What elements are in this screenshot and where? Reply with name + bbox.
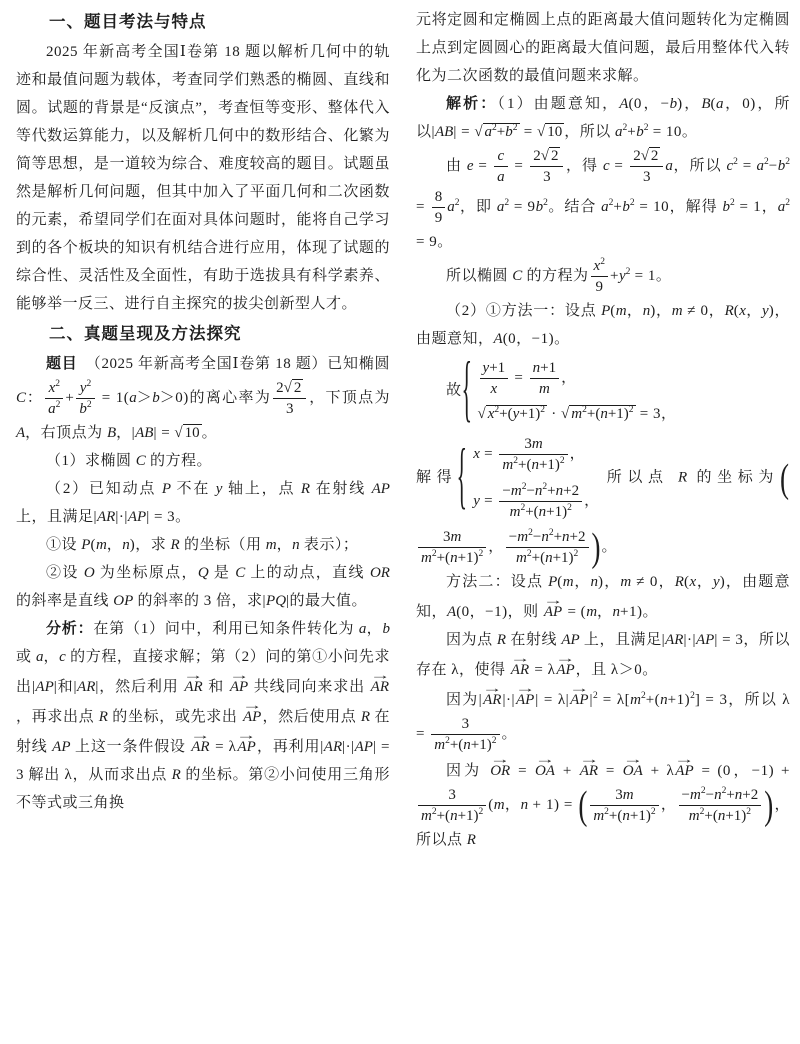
superscript: 2 bbox=[629, 405, 634, 415]
math-variable: m bbox=[502, 457, 513, 473]
math-variable: b bbox=[722, 199, 730, 215]
paragraph: 因为|→AR|·|→AP| = λ|→AP|2 = λ[m2+(n+1)2] =… bbox=[416, 684, 790, 755]
math-variable: OP bbox=[113, 593, 133, 609]
fraction-denominator: a bbox=[494, 167, 508, 186]
math-variable: C bbox=[136, 453, 146, 469]
vector-arrow: →AR bbox=[371, 671, 389, 696]
fraction-numerator: −m2−n2+n+2 bbox=[499, 482, 582, 502]
fraction-denominator: 9 bbox=[591, 277, 608, 296]
math-variable: AP bbox=[696, 632, 714, 648]
paragraph: 因为点 R 在射线 AP 上，且满足|AR|·|AP| = 3，所以存在 λ，使… bbox=[416, 626, 790, 684]
math-variable: A bbox=[494, 331, 503, 347]
math-variable: n bbox=[556, 483, 564, 499]
math-variable: a bbox=[129, 390, 137, 406]
math-variable: a bbox=[716, 96, 724, 112]
vector-arrow-icon: → bbox=[616, 755, 650, 764]
fraction: 3mm2+(n+1)2 bbox=[499, 435, 567, 474]
superscript: 2 bbox=[560, 456, 565, 466]
math-variable: m bbox=[620, 574, 631, 590]
vector-arrow-icon: → bbox=[483, 755, 517, 764]
math-variable: a bbox=[48, 401, 56, 417]
math-variable: B bbox=[107, 425, 116, 441]
math-variable: AB bbox=[135, 425, 153, 441]
vector-arrow: →AR bbox=[580, 755, 598, 780]
radicand: x2+(y+1)2 bbox=[486, 405, 547, 422]
vector-arrow-icon: → bbox=[510, 684, 541, 693]
math-variable: a bbox=[665, 158, 673, 174]
vector-arrow-icon: → bbox=[564, 684, 595, 693]
math-variable: AP bbox=[372, 481, 390, 497]
big-paren: ) bbox=[764, 784, 773, 826]
fraction-denominator: m2+(n+1)2 bbox=[679, 806, 762, 825]
math-variable: n bbox=[539, 504, 547, 520]
math-variable: n bbox=[591, 574, 599, 590]
vector-letters: OR bbox=[490, 764, 510, 780]
vector-arrow: →AP bbox=[570, 684, 588, 709]
math-variable: n bbox=[600, 406, 608, 422]
paragraph: 分析：在第（1）问中，利用已知条件转化为 a，b 或 a，c 的方程，直接求解；… bbox=[16, 615, 390, 817]
vector-arrow-icon: → bbox=[504, 654, 535, 663]
math-variable: m bbox=[266, 537, 277, 553]
superscript: 2 bbox=[492, 123, 497, 133]
radicand: 2 bbox=[549, 147, 561, 164]
math-variable: P bbox=[81, 537, 90, 553]
math-variable: m bbox=[494, 797, 505, 813]
math-variable: O bbox=[84, 565, 95, 581]
vector-arrow: →OA bbox=[623, 755, 643, 780]
math-variable: b bbox=[670, 96, 678, 112]
radicand: 10 bbox=[183, 424, 202, 441]
sqrt-radical: 10 bbox=[537, 123, 564, 140]
vector-arrow-icon: → bbox=[573, 755, 604, 764]
math-variable: m bbox=[421, 550, 432, 566]
math-variable: m bbox=[539, 381, 550, 397]
math-variable: a bbox=[36, 649, 44, 665]
sqrt-radical: 2 bbox=[641, 147, 661, 164]
math-variable: m bbox=[532, 436, 543, 452]
math-variable: e bbox=[467, 158, 474, 174]
superscript: 2 bbox=[582, 405, 587, 415]
fraction-denominator: m bbox=[530, 379, 559, 398]
math-variable: n bbox=[718, 808, 726, 824]
superscript: 2 bbox=[455, 198, 460, 208]
vector-arrow-icon: → bbox=[364, 671, 395, 680]
math-variable: R bbox=[361, 709, 370, 725]
math-variable: R bbox=[301, 481, 310, 497]
fraction: x2a2 bbox=[45, 379, 63, 418]
vector-arrow: →AP bbox=[544, 596, 562, 621]
sqrt-radical: 2 bbox=[284, 379, 304, 396]
superscript: 2 bbox=[520, 503, 525, 513]
math-variable: AP bbox=[128, 509, 146, 525]
math-variable: PQ bbox=[266, 593, 286, 609]
vector-arrow-icon: → bbox=[237, 701, 268, 710]
radicand: m2+(n+1)2 bbox=[569, 405, 635, 422]
math-variable: A bbox=[619, 96, 628, 112]
math-variable: n bbox=[714, 787, 722, 803]
fraction-denominator: 3 bbox=[273, 399, 306, 418]
vector-arrow: →AP bbox=[516, 684, 534, 709]
math-variable: y bbox=[513, 406, 520, 422]
math-variable: n bbox=[450, 550, 458, 566]
math-variable: b bbox=[636, 124, 644, 140]
fraction: −m2−n2+n+2m2+(n+1)2 bbox=[679, 786, 762, 825]
fraction-numerator: 3m bbox=[499, 435, 567, 455]
math-variable: AB bbox=[435, 124, 453, 140]
fraction-numerator: c bbox=[494, 147, 508, 167]
fraction-denominator: 9 bbox=[432, 208, 446, 227]
vector-letters: AP bbox=[237, 740, 255, 756]
superscript: 2 bbox=[609, 198, 614, 208]
superscript: 2 bbox=[543, 198, 548, 208]
vector-arrow: →AR bbox=[483, 684, 501, 709]
math-variable: m bbox=[672, 303, 683, 319]
superscript: 2 bbox=[542, 482, 547, 492]
superscript: 2 bbox=[644, 123, 649, 133]
vector-letters: AP bbox=[516, 693, 534, 709]
math-variable: y bbox=[216, 481, 223, 497]
fraction-numerator: y2 bbox=[76, 379, 94, 399]
math-variable: B bbox=[701, 96, 710, 112]
fraction-denominator: 3 bbox=[630, 167, 663, 186]
radicand: 2 bbox=[292, 379, 304, 396]
math-variable: c bbox=[498, 148, 505, 164]
sqrt-radical: x2+(y+1)2 bbox=[478, 405, 548, 422]
paragraph: ②设 O 为坐标原点，Q 是 C 上的动点，直线 OR 的斜率是直线 OP 的斜… bbox=[16, 559, 390, 615]
superscript: 2 bbox=[494, 405, 499, 415]
math-variable: b bbox=[152, 390, 160, 406]
radicand: a2+b2 bbox=[483, 123, 520, 140]
superscript: 2 bbox=[764, 157, 769, 167]
vector-letters: AP bbox=[230, 680, 248, 696]
superscript: 2 bbox=[479, 549, 484, 559]
superscript: 2 bbox=[574, 549, 579, 559]
vector-letters: AR bbox=[371, 680, 389, 696]
math-variable: P bbox=[162, 481, 171, 497]
math-variable: n bbox=[521, 797, 529, 813]
fraction: −m2−n2+n+2m2+(n+1)2 bbox=[499, 482, 582, 521]
superscript: 2 bbox=[445, 736, 450, 746]
fraction-numerator: n+1 bbox=[530, 359, 559, 379]
superscript: 2 bbox=[528, 528, 533, 538]
paragraph: 元将定圆和定椭圆上点的距离最大值问题转化为定椭圆上点到定圆圆心的距离最大值问题，… bbox=[416, 6, 790, 90]
math-variable: a bbox=[497, 169, 505, 185]
math-variable: b bbox=[382, 621, 390, 637]
fraction-numerator: −m2−n2+n+2 bbox=[506, 528, 589, 548]
superscript: 2 bbox=[432, 549, 437, 559]
superscript: 2 bbox=[626, 267, 631, 277]
vector-arrow-icon: → bbox=[537, 596, 568, 605]
math-variable: m bbox=[450, 529, 461, 545]
math-variable: n bbox=[463, 737, 471, 753]
math-variable: a bbox=[447, 199, 455, 215]
math-variable: x bbox=[689, 574, 696, 590]
math-variable: n bbox=[613, 604, 621, 620]
fraction-denominator: a2 bbox=[45, 399, 63, 418]
math-variable: y bbox=[473, 493, 480, 509]
fraction: 3mm2+(n+1)2 bbox=[590, 786, 658, 825]
vector-arrow: →AP bbox=[675, 755, 693, 780]
vector-letters: AP bbox=[570, 693, 588, 709]
vector-letters: OA bbox=[535, 764, 555, 780]
math-variable: n bbox=[541, 529, 549, 545]
math-variable: m bbox=[690, 787, 701, 803]
fraction-denominator: m2+(n+1)2 bbox=[506, 548, 589, 567]
vector-arrow: →AR bbox=[511, 654, 529, 679]
math-variable: a bbox=[485, 124, 493, 140]
superscript: 2 bbox=[549, 528, 554, 538]
fraction: 223 bbox=[630, 147, 663, 186]
math-variable: c bbox=[59, 649, 66, 665]
math-variable: AP bbox=[561, 632, 579, 648]
superscript: 2 bbox=[785, 157, 790, 167]
cases-brace-group: y+1x = n+1m，x2+(y+1)2 · m2+(n+1)2 = 3， bbox=[464, 355, 677, 427]
vector-letters: AR bbox=[511, 663, 529, 679]
math-variable: R bbox=[725, 303, 734, 319]
superscript: 2 bbox=[730, 198, 735, 208]
vector-arrow: →OA bbox=[535, 755, 555, 780]
fraction-numerator: 22 bbox=[530, 147, 563, 167]
fraction-numerator: y+1 bbox=[480, 359, 509, 379]
math-variable: m bbox=[510, 504, 521, 520]
math-variable: AR bbox=[324, 739, 342, 755]
math-variable: n bbox=[292, 537, 300, 553]
vector-arrow-icon: → bbox=[185, 731, 216, 740]
math-variable: a bbox=[601, 199, 609, 215]
math-variable: y bbox=[713, 574, 720, 590]
bold-label: 分析： bbox=[46, 620, 93, 637]
math-variable: x bbox=[491, 381, 498, 397]
fraction-denominator: b2 bbox=[76, 399, 94, 418]
math-variable: n bbox=[531, 457, 539, 473]
math-variable: AP bbox=[35, 679, 53, 695]
paragraph: ①设 P(m，n)，求 R 的坐标（用 m，n 表示）； bbox=[16, 531, 390, 559]
superscript: 2 bbox=[513, 456, 518, 466]
math-variable: AP bbox=[355, 739, 373, 755]
math-variable: x bbox=[739, 303, 746, 319]
vector-arrow-icon: → bbox=[669, 755, 700, 764]
fraction-numerator: x2 bbox=[45, 379, 63, 399]
fraction: 89 bbox=[432, 188, 446, 227]
superscript: 2 bbox=[651, 807, 656, 817]
superscript: 2 bbox=[522, 482, 527, 492]
fraction: y+1x bbox=[480, 359, 509, 398]
sqrt-radical: 10 bbox=[174, 424, 201, 441]
fraction-numerator: 3 bbox=[431, 715, 499, 735]
fraction-numerator: 3 bbox=[418, 786, 486, 806]
math-variable: y bbox=[483, 360, 490, 376]
math-variable: a bbox=[756, 158, 764, 174]
section-heading: 二、真题呈现及方法探究 bbox=[16, 318, 390, 350]
fraction-denominator: x bbox=[480, 379, 509, 398]
vector-arrow-icon: → bbox=[528, 755, 562, 764]
vector-arrow: →AP bbox=[556, 654, 574, 679]
math-variable: m bbox=[630, 692, 641, 708]
paragraph: （2）已知动点 P 不在 y 轴上，点 R 在射线 AP 上，且满足|AR|·|… bbox=[16, 475, 390, 531]
math-variable: m bbox=[571, 406, 582, 422]
vector-arrow: →AP bbox=[237, 731, 255, 756]
fraction-numerator: x2 bbox=[591, 257, 608, 277]
math-variable: b bbox=[622, 199, 630, 215]
column-right: 元将定圆和定椭圆上点的距离最大值问题转化为定椭圆上点到定圆圆心的距离最大值问题，… bbox=[416, 6, 790, 854]
vector-arrow-icon: → bbox=[223, 671, 254, 680]
math-variable: P bbox=[601, 303, 610, 319]
superscript: 2 bbox=[641, 691, 646, 701]
paragraph: （2）①方法一：设点 P(m，n)，m ≠ 0，R(x，y)，由题意知，A(0，… bbox=[416, 297, 790, 353]
paragraph: 所以椭圆 C 的方程为x29+y2 = 1。 bbox=[416, 256, 790, 297]
fraction: 223 bbox=[530, 147, 563, 186]
math-variable: y bbox=[619, 268, 626, 284]
big-paren: ( bbox=[780, 457, 789, 499]
fraction: 3m2+(n+1)2 bbox=[431, 715, 499, 754]
superscript: 2 bbox=[567, 503, 572, 513]
math-variable: m bbox=[434, 737, 445, 753]
fraction: ca bbox=[494, 147, 508, 186]
fraction-denominator: m2+(n+1)2 bbox=[418, 806, 486, 825]
math-variable: R bbox=[675, 574, 684, 590]
vector-letters: AR bbox=[580, 764, 598, 780]
fraction-denominator: m2+(n+1)2 bbox=[499, 455, 567, 474]
vector-letters: AR bbox=[191, 740, 209, 756]
cases-row: x = 3mm2+(n+1)2， bbox=[473, 431, 585, 478]
paragraph: （1）求椭圆 C 的方程。 bbox=[16, 447, 390, 475]
vector-letters: OA bbox=[623, 764, 643, 780]
math-variable: A bbox=[447, 604, 456, 620]
vector-arrow: →OR bbox=[490, 755, 510, 780]
cases-brace-group: x = 3mm2+(n+1)2，y = −m2−n2+n+2m2+(n+1)2， bbox=[459, 431, 599, 525]
superscript: 2 bbox=[432, 807, 437, 817]
cases-row: y = −m2−n2+n+2m2+(n+1)2， bbox=[473, 478, 599, 525]
math-variable: C bbox=[512, 268, 522, 284]
sqrt-radical: a2+b2 bbox=[474, 123, 519, 140]
math-variable: AR bbox=[665, 632, 683, 648]
math-variable: m bbox=[517, 529, 528, 545]
fraction-numerator: 22 bbox=[630, 147, 663, 167]
fraction: 223 bbox=[273, 379, 306, 418]
paragraph: 解得x = 3mm2+(n+1)2，y = −m2−n2+n+2m2+(n+1)… bbox=[416, 429, 790, 568]
fraction: 3m2+(n+1)2 bbox=[418, 786, 486, 825]
math-variable: AP bbox=[52, 739, 70, 755]
superscript: 2 bbox=[86, 379, 91, 389]
math-variable: n bbox=[533, 360, 541, 376]
superscript: 2 bbox=[513, 123, 518, 133]
bold-label: 解析： bbox=[446, 95, 497, 112]
vector-letters: AP bbox=[243, 710, 261, 726]
math-variable: n bbox=[622, 808, 630, 824]
math-variable: R bbox=[467, 832, 476, 848]
math-variable: n bbox=[735, 787, 743, 803]
superscript: 2 bbox=[527, 549, 532, 559]
big-paren: ) bbox=[592, 526, 601, 568]
math-variable: m bbox=[616, 303, 627, 319]
superscript: 2 bbox=[630, 198, 635, 208]
fraction-numerator: 8 bbox=[432, 188, 446, 208]
bold-label: 题目 bbox=[46, 355, 78, 372]
vector-letters: AP bbox=[556, 663, 574, 679]
math-variable: OR bbox=[370, 565, 390, 581]
math-variable: n bbox=[562, 529, 570, 545]
vector-letters: AP bbox=[675, 764, 693, 780]
math-variable: Q bbox=[198, 565, 209, 581]
fraction: y2b2 bbox=[76, 379, 94, 418]
paragraph: 由 e = ca = 223，得 c = 223a，所以 c2 = a2−b2 … bbox=[416, 146, 790, 256]
paragraph: 2025 年新高考全国Ⅰ卷第 18 题以解析几何中的轨迹和最值问题为载体，考查同… bbox=[16, 38, 390, 318]
fraction: n+1m bbox=[530, 359, 559, 398]
math-variable: n bbox=[643, 303, 651, 319]
section-heading: 一、题目考法与特点 bbox=[16, 6, 390, 38]
math-variable: C bbox=[235, 565, 245, 581]
sqrt-radical: m2+(n+1)2 bbox=[561, 405, 636, 422]
vector-arrow-icon: → bbox=[550, 654, 581, 663]
superscript: 2 bbox=[733, 157, 738, 167]
math-variable: x bbox=[473, 446, 480, 462]
vector-arrow: →AR bbox=[191, 731, 209, 756]
superscript: 2 bbox=[701, 786, 706, 796]
paragraph: 故y+1x = n+1m，x2+(y+1)2 · m2+(n+1)2 = 3， bbox=[416, 353, 790, 429]
paragraph: 解析：（1）由题意知，A(0，−b)，B(a，0)，所以|AB| = a2+b2… bbox=[416, 90, 790, 146]
vector-arrow: →AR bbox=[184, 671, 202, 696]
math-variable: m bbox=[421, 808, 432, 824]
fraction-numerator: 3m bbox=[590, 786, 658, 806]
paragraph: 题目 （2025 年新高考全国Ⅰ卷第 18 题）已知椭圆 C：x2a2+y2b2… bbox=[16, 350, 390, 447]
vector-letters: AR bbox=[184, 680, 202, 696]
radicand: 2 bbox=[649, 147, 661, 164]
radicand: 10 bbox=[545, 123, 564, 140]
vector-arrow-icon: → bbox=[231, 731, 262, 740]
math-variable: R bbox=[171, 537, 180, 553]
superscript: 2 bbox=[690, 691, 695, 701]
math-variable: c bbox=[603, 158, 610, 174]
math-variable: m bbox=[623, 787, 634, 803]
vector-letters: AP bbox=[544, 605, 562, 621]
math-variable: A bbox=[16, 425, 25, 441]
document-page: 一、题目考法与特点2025 年新高考全国Ⅰ卷第 18 题以解析几何中的轨迹和最值… bbox=[0, 0, 800, 854]
fraction: 3mm2+(n+1)2 bbox=[418, 528, 486, 567]
math-variable: b bbox=[505, 124, 513, 140]
superscript: 2 bbox=[700, 807, 705, 817]
math-variable: m bbox=[511, 483, 522, 499]
superscript: 2 bbox=[56, 400, 61, 410]
column-left: 一、题目考法与特点2025 年新高考全国Ⅰ卷第 18 题以解析几何中的轨迹和最值… bbox=[16, 6, 390, 854]
math-variable: n bbox=[450, 808, 458, 824]
paragraph: 方法二：设点 P(m，n)，m ≠ 0，R(x，y)，由题意知，A(0，−1)，… bbox=[416, 568, 790, 626]
sqrt-radical: 2 bbox=[541, 147, 561, 164]
math-variable: n bbox=[660, 692, 668, 708]
fraction-numerator: −m2−n2+n+2 bbox=[679, 786, 762, 806]
superscript: 2 bbox=[622, 123, 627, 133]
fraction-denominator: m2+(n+1)2 bbox=[418, 548, 486, 567]
superscript: 2 bbox=[785, 198, 790, 208]
fraction-numerator: 3m bbox=[418, 528, 486, 548]
superscript: 2 bbox=[746, 807, 751, 817]
superscript: 2 bbox=[504, 198, 509, 208]
math-variable: n bbox=[545, 550, 553, 566]
superscript: 2 bbox=[604, 807, 609, 817]
math-variable: m bbox=[689, 808, 700, 824]
paragraph: 因为 →OR = →OA + →AR = →OA + λ→AP = (0，−1)… bbox=[416, 755, 790, 854]
vector-letters: AR bbox=[483, 693, 501, 709]
superscript: 2 bbox=[540, 405, 545, 415]
vector-arrow: →AP bbox=[230, 671, 248, 696]
vector-arrow-icon: → bbox=[178, 671, 209, 680]
math-variable: m bbox=[563, 574, 574, 590]
math-variable: C bbox=[16, 390, 26, 406]
math-variable: R bbox=[497, 632, 506, 648]
math-variable: n bbox=[122, 537, 130, 553]
math-variable: R bbox=[99, 709, 108, 725]
math-variable: R bbox=[172, 767, 181, 783]
superscript: 2 bbox=[492, 736, 497, 746]
